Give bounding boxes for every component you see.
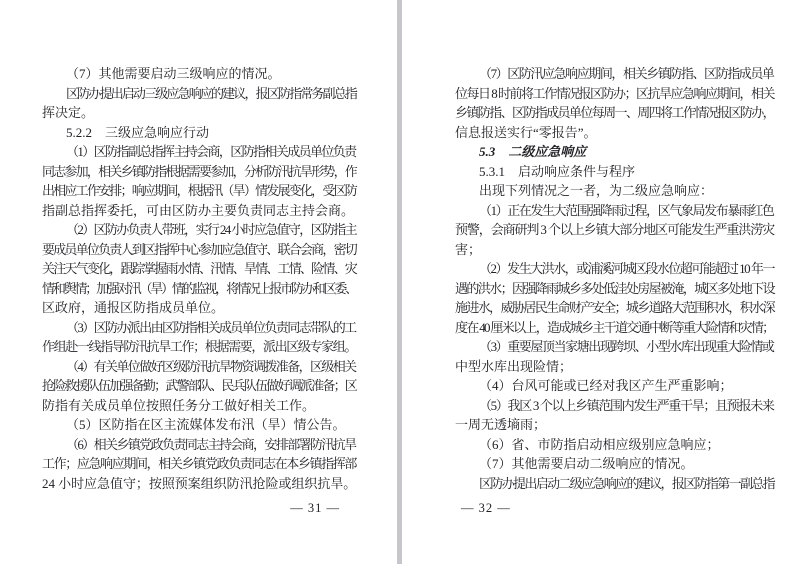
text-line: 区防办提出启动二级应急响应的建议，报区防指第一副总指 — [455, 474, 774, 494]
text-line: 作组赴一线指导防汛抗旱工作；根据需要，派出区级专家组。 — [42, 337, 356, 357]
text-line: 工作；应急响应期间，相关乡镇党政负责同志在本乡镇指挥部 — [42, 454, 356, 474]
text-line: （7）区防汛应急响应期间，相关乡镇防指、区防指成员单 — [455, 64, 774, 84]
heading-line: 5.2.2 三级应急响应行动 — [42, 123, 356, 143]
heading-line: 5.3 二级应急响应 — [455, 142, 774, 162]
text-line: （5）我区 3 个以上乡镇范围内发生严重干旱；且预报未来 — [455, 396, 774, 416]
text-line: （7）其他需要启动二级响应的情况。 — [455, 454, 774, 474]
text-line: 区政府，通报区防指成员单位。 — [42, 298, 356, 318]
page-32: （7）区防汛应急响应期间，相关乡镇防指、区防指成员单位每日 8 时前将工作情况报… — [402, 0, 800, 564]
text-line: （6）相关乡镇党政负责同志主持会商，安排部署防汛抗旱 — [42, 435, 356, 455]
text-line: 抢险救援队伍加强备勤；武警部队、民兵队伍做好调派准备；区 — [42, 376, 356, 396]
text-line: 预警，会商研判 3 个以上乡镇大部分地区可能发生严重洪涝灾 — [455, 220, 774, 240]
text-line: （1）正在发生大范围强降雨过程，区气象局发布暴雨红色 — [455, 201, 774, 221]
text-line: 一周无透墒雨； — [455, 415, 774, 435]
text-line: 防指有关成员单位按照任务分工做好相关工作。 — [42, 396, 356, 416]
text-line: （1）区防指副总指挥主持会商，区防指相关成员单位负责 — [42, 142, 356, 162]
text-line: （5）区防指在区主流媒体发布汛（旱）情公告。 — [42, 415, 356, 435]
text-line: （7）其他需要启动三级响应的情况。 — [42, 64, 356, 84]
text-line: 施进水，威胁居民生命财产安全；城乡道路大范围积水，积水深 — [455, 298, 774, 318]
text-line: 同志参加，相关乡镇防指根据需要参加，分析防汛抗旱形势，作 — [42, 162, 356, 182]
text-line: 挥决定。 — [42, 103, 356, 123]
text-line: 关注天气变化，跟踪掌握雨水情、汛情、旱情、工情、险情、灾 — [42, 259, 356, 279]
text-line: 指副总指挥委托，可由区防办主要负责同志主持会商。 — [42, 201, 356, 221]
page-number: — 32 — — [461, 501, 511, 516]
text-line: （2）区防办负责人带班，实行 24 小时应急值守，区防指主 — [42, 220, 356, 240]
text-line: 中型水库出现险情； — [455, 357, 774, 377]
text-line: 度在 40 厘米以上，造成城乡主干道交通中断等重大险情和灾情； — [455, 318, 774, 338]
text-line: 位每日 8 时前将工作情况报区防办；区抗旱应急响应期间，相关 — [455, 84, 774, 104]
text-line: 情和舆情；加强对汛（旱）情的监视，将情况上报市防办和区委、 — [42, 279, 356, 299]
text-line: 24 小时应急值守；按照预案组织防汛抢险或组织抗旱。 — [42, 474, 356, 494]
text-line: 遇的洪水；因强降雨城乡多处低洼处房屋被淹，城区多处地下设 — [455, 279, 774, 299]
text-line: 区防办提出启动三级应急响应的建议，报区防指常务副总指 — [42, 84, 356, 104]
text-line: 信息报送实行“零报告”。 — [455, 123, 774, 143]
text-line: 要成员单位负责人到区指挥中心参加应急值守、联合会商，密切 — [42, 240, 356, 260]
text-line: （4）有关单位做好区级防汛抗旱物资调拨准备，区级相关 — [42, 357, 356, 377]
text-line: 出现下列情况之一者，为二级应急响应： — [455, 181, 774, 201]
text-line: 出相应工作安排；响应期间，根据汛（旱）情发展变化，受区防 — [42, 181, 356, 201]
text-line: （4）台风可能或已经对我区产生严重影响； — [455, 376, 774, 396]
page-31-text: （7）其他需要启动三级响应的情况。区防办提出启动三级应急响应的建议，报区防指常务… — [42, 64, 356, 493]
text-line: （6）省、市防指启动相应级别应急响应； — [455, 435, 774, 455]
document-spread: （7）其他需要启动三级响应的情况。区防办提出启动三级应急响应的建议，报区防指常务… — [0, 0, 800, 564]
page-number: — 31 — — [42, 501, 340, 516]
text-line: （3）重要屋顶当家塘出现跨坝、小型水库出现重大险情或 — [455, 337, 774, 357]
heading-line: 5.3.1 启动响应条件与程序 — [455, 162, 774, 182]
text-line: 害； — [455, 240, 774, 260]
text-line: （2）发生大洪水，或浦溪河城区段水位超可能超过 10 年一 — [455, 259, 774, 279]
text-line: 乡镇防指、区防指成员单位每周一、周四将工作情况报区防办， — [455, 103, 774, 123]
page-31: （7）其他需要启动三级响应的情况。区防办提出启动三级应急响应的建议，报区防指常务… — [0, 0, 397, 564]
page-32-text: （7）区防汛应急响应期间，相关乡镇防指、区防指成员单位每日 8 时前将工作情况报… — [455, 64, 774, 493]
text-line: （3）区防办派出由区防指相关成员单位负责同志带队的工 — [42, 318, 356, 338]
